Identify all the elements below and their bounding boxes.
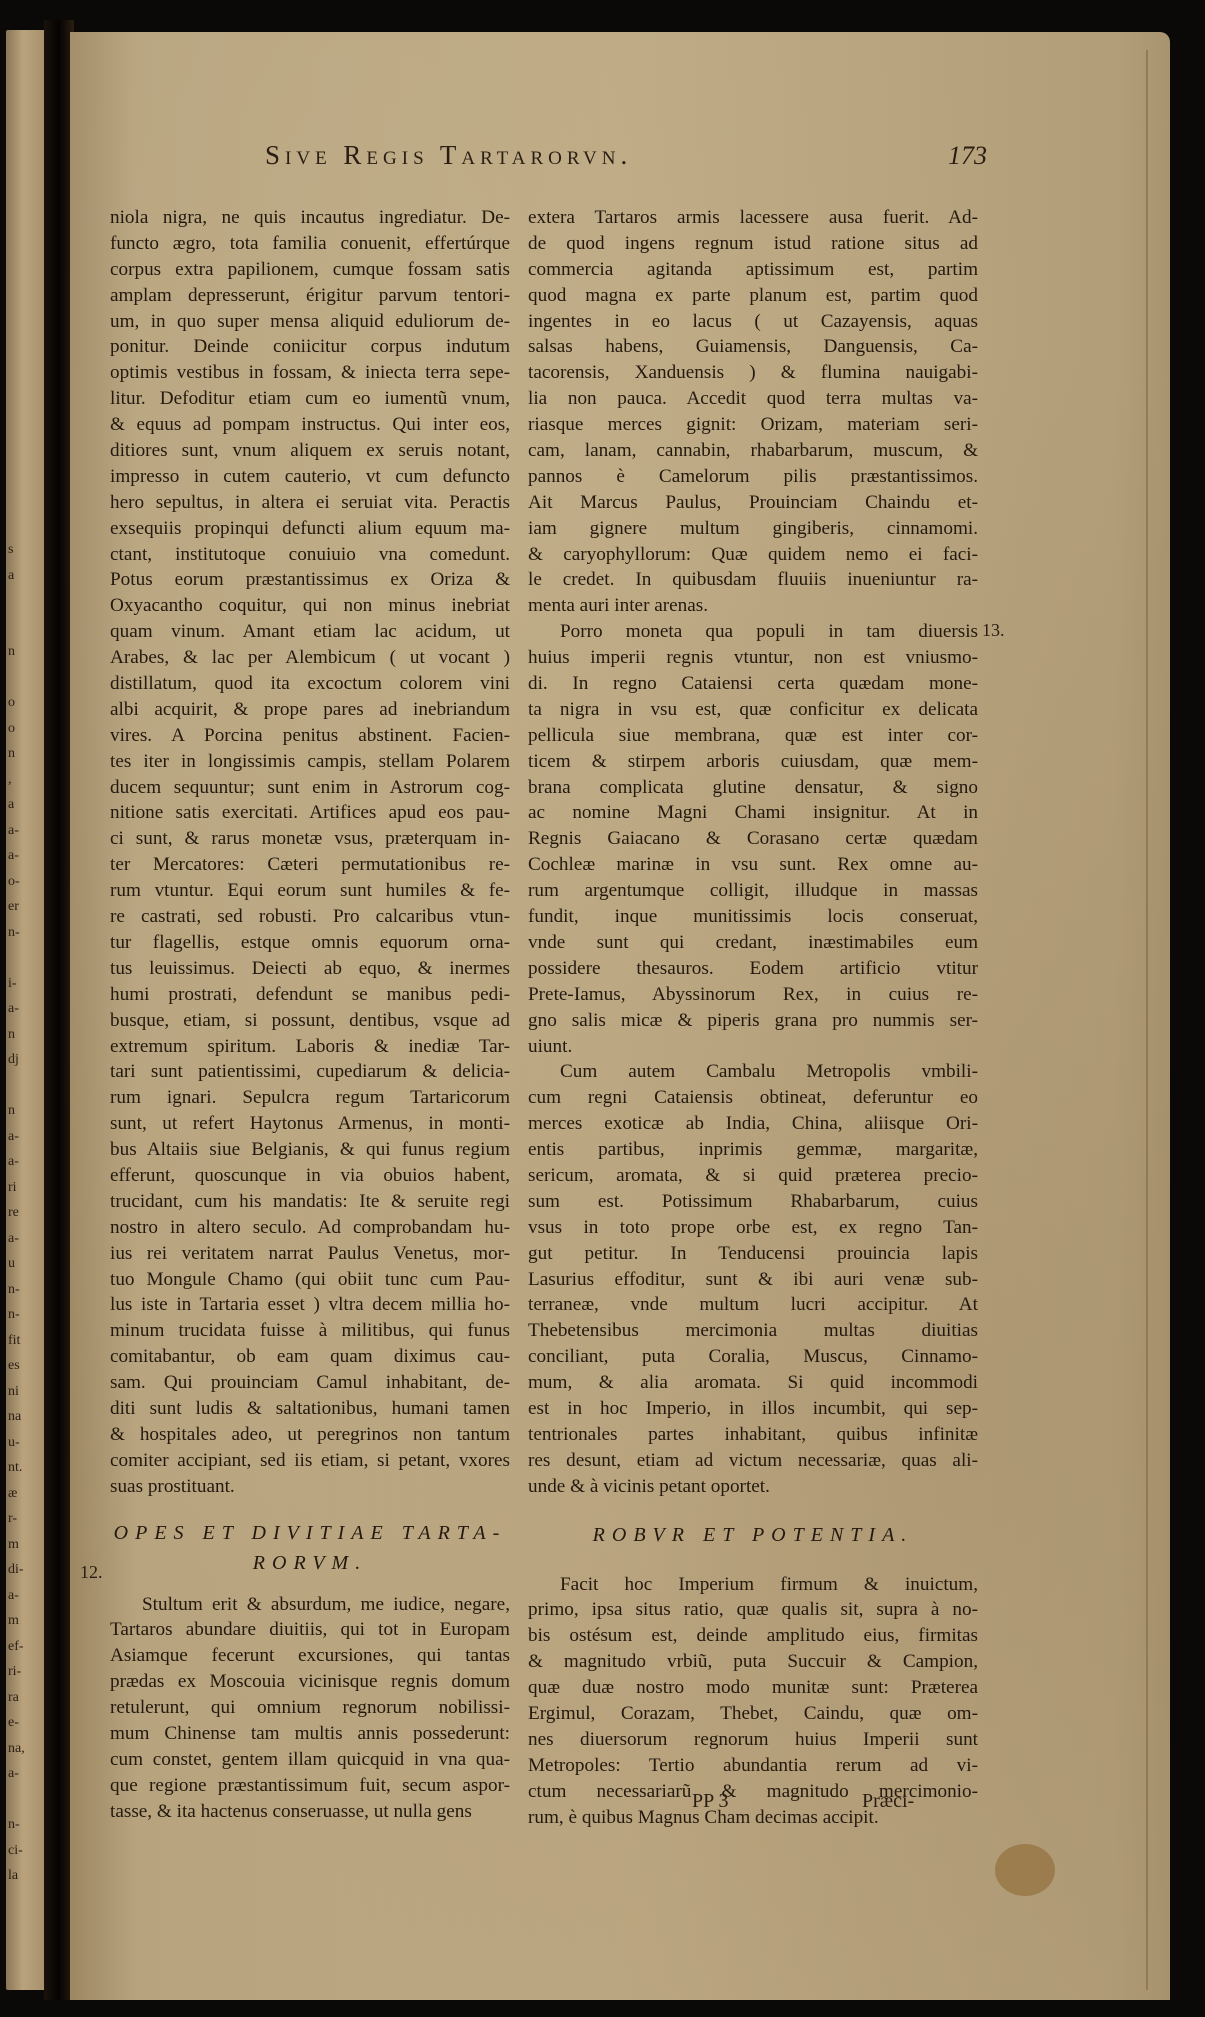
- text-line: entis partibus, inprimis gemmæ, margarit…: [528, 1137, 978, 1163]
- text-line: corpus extra papilionem, cumque fossam s…: [110, 257, 510, 283]
- fragment: [8, 384, 48, 410]
- text-line: Prete-Iamus, Abyssinorum Rex, in cuius r…: [528, 982, 978, 1008]
- text-line: conciliant, puta Coralia, Muscus, Cinnam…: [528, 1344, 978, 1370]
- text-line: bis ostésum est, deinde amplitudo eius, …: [528, 1623, 978, 1649]
- fragment: m: [8, 1608, 48, 1634]
- text-line: litur. Defoditur etiam cum eo iumentũ vn…: [110, 386, 510, 412]
- text-line: gut petitur. In Tenducensi prouincia lap…: [528, 1241, 978, 1267]
- text-line: mum, & alia aromata. Si quid incommodi: [528, 1370, 978, 1396]
- text-line: ditiores sunt, vnum aliquem ex seruis no…: [110, 438, 510, 464]
- fragment: a-: [8, 1226, 48, 1252]
- text-line: uiunt.: [528, 1034, 978, 1060]
- fragment: s: [8, 537, 48, 563]
- text-line: rum ignari. Sepulcra regum Tartaricorum: [110, 1085, 510, 1111]
- text-line: pellicula siue membrana, quæ est inter c…: [528, 723, 978, 749]
- fragment: o-: [8, 869, 48, 895]
- text-line: prædas ex Moscouia vicinisque regnis dom…: [110, 1669, 510, 1695]
- fragment: [8, 257, 48, 283]
- fragment: [8, 333, 48, 359]
- text-line: ponitur. Deinde coniicitur corpus indutu…: [110, 334, 510, 360]
- text-line: Ait Marcus Paulus, Prouinciam Chaindu et…: [528, 490, 978, 516]
- text-line: hero sepultus, in altera ei seruiat vita…: [110, 490, 510, 516]
- fragment: n: [8, 741, 48, 767]
- text-line: impresso in cutem cauterio, vt cum defun…: [110, 464, 510, 490]
- section-heading-opes: OPES ET DIVITIAE TARTA- RORVM.: [110, 1518, 510, 1578]
- section-heading-robur: ROBVR ET POTENTIA.: [528, 1520, 978, 1550]
- fragment: fit: [8, 1328, 48, 1354]
- text-line: ius rei veritatem narrat Paulus Venetus,…: [110, 1241, 510, 1267]
- fragment: u-: [8, 1430, 48, 1456]
- fragment: n: [8, 1022, 48, 1048]
- marginal-number-12: 12.: [80, 1562, 103, 1583]
- text-line: bus Altaiis siue Belgianis, & qui funus …: [110, 1137, 510, 1163]
- text-line: cam, lanam, cannabin, rhabarbarum, muscu…: [528, 438, 978, 464]
- text-line: cum regni Cataiensis obtineat, deferuntu…: [528, 1085, 978, 1111]
- text-line: Porro moneta qua populi in tam diuersis: [528, 619, 978, 645]
- page-edge: [1146, 50, 1148, 1990]
- text-line: di. In regno Cataiensi certa quædam mone…: [528, 671, 978, 697]
- text-line: & magnitudo vrbiũ, puta Succuir & Campio…: [528, 1649, 978, 1675]
- text-line: cum constet, gentem illam quicquid in vn…: [110, 1747, 510, 1773]
- fragment: [8, 359, 48, 385]
- running-head: Sive Regis Tartarorvn.: [265, 140, 632, 171]
- fragment: a-: [8, 1761, 48, 1787]
- fragment: n-: [8, 920, 48, 946]
- text-line: ticem & stirpem arboris cuiusdam, quæ me…: [528, 749, 978, 775]
- fragment: [8, 282, 48, 308]
- fragment: a-: [8, 996, 48, 1022]
- fragment: la: [8, 1863, 48, 1889]
- text-line: Ergimul, Corazam, Thebet, Caindu, quæ om…: [528, 1701, 978, 1727]
- fragment: [8, 231, 48, 257]
- fragment: n-: [8, 1277, 48, 1303]
- text-line: de quod ingens regnum istud ratione situ…: [528, 231, 978, 257]
- fragment: [8, 410, 48, 436]
- text-line: tur flagellis, estque omnis equorum orna…: [110, 930, 510, 956]
- heading-line-1: OPES ET DIVITIAE TARTA-: [110, 1518, 510, 1548]
- text-line: fundit, inque munitissimis locis conseru…: [528, 904, 978, 930]
- text-line: nes diuersorum regnorum huius Imperii su…: [528, 1727, 978, 1753]
- text-line: tes iter in longissimis campis, stellam …: [110, 749, 510, 775]
- left-column: niola nigra, ne quis incautus ingrediatu…: [110, 205, 510, 1825]
- text-line: ducem sequuntur; sunt enim in Astrorum c…: [110, 775, 510, 801]
- text-line: & equus ad pompam instructus. Qui inter …: [110, 412, 510, 438]
- left-column-paragraph-1: niola nigra, ne quis incautus ingrediatu…: [110, 205, 510, 1500]
- text-line: sam. Qui prouinciam Camul inhabitant, de…: [110, 1370, 510, 1396]
- fragment: r-: [8, 1506, 48, 1532]
- text-line: sum est. Potissimum Rhabarbarum, cuius: [528, 1189, 978, 1215]
- heading-line-2: RORVM.: [110, 1548, 510, 1578]
- text-line: trucidant, cum his mandatis: Ite & serui…: [110, 1189, 510, 1215]
- fragment: a-: [8, 818, 48, 844]
- text-line: primo, ipsa situs ratio, quæ qualis sit,…: [528, 1597, 978, 1623]
- fragment: dj: [8, 1047, 48, 1073]
- fragment: [8, 588, 48, 614]
- signature-mark: PP 3: [692, 1790, 729, 1813]
- fragment: i-: [8, 971, 48, 997]
- fragment: di-: [8, 1557, 48, 1583]
- text-line: ac nomine Magni Chami insignitur. At in: [528, 800, 978, 826]
- text-line: rum argentumque colligit, illudque in ma…: [528, 878, 978, 904]
- fragment: [8, 614, 48, 640]
- fragment: n-: [8, 1302, 48, 1328]
- text-line: ter Mercatores: Cæteri permutationibus r…: [110, 852, 510, 878]
- fragment: n: [8, 639, 48, 665]
- text-line: tari sunt patientissimi, cupediarum & de…: [110, 1059, 510, 1085]
- text-line: Potus eorum præstantissimus ex Oriza &: [110, 567, 510, 593]
- text-line: quæ duæ nostro modo munitæ sunt: Prætere…: [528, 1675, 978, 1701]
- text-line: mum Chinense tam multis annis possederun…: [110, 1721, 510, 1747]
- fragment: [8, 435, 48, 461]
- text-line: lus iste in Tartaria esset ) vltra decem…: [110, 1292, 510, 1318]
- text-line: Stultum erit & absurdum, me iudice, nega…: [110, 1592, 510, 1618]
- fragment: ra: [8, 1685, 48, 1711]
- text-line: Arabes, & lac per Alembicum ( ut vocant …: [110, 645, 510, 671]
- catchword: Præci-: [862, 1790, 914, 1813]
- text-line: ingentes in eo lacus ( ut Cazayensis, aq…: [528, 309, 978, 335]
- text-line: Facit hoc Imperium firmum & inuictum,: [528, 1572, 978, 1598]
- text-line: busque, etiam, si possunt, dentibus, vsq…: [110, 1008, 510, 1034]
- text-line: le credet. In quibusdam fluuiis inueniun…: [528, 567, 978, 593]
- text-line: nostro in altero seculo. Ad comprobandam…: [110, 1215, 510, 1241]
- fragment: a-: [8, 1583, 48, 1609]
- text-line: functo ægro, tota familia conuenit, effe…: [110, 231, 510, 257]
- right-column-paragraph-2: Porro moneta qua populi in tam diuersish…: [528, 619, 978, 1059]
- text-line: Thebetensibus mercimonia multas diuitias: [528, 1318, 978, 1344]
- text-line: Metropoles: Tertio abundantia rerum ad v…: [528, 1753, 978, 1779]
- fragment: [8, 180, 48, 206]
- fragment: [8, 945, 48, 971]
- fragment: es: [8, 1353, 48, 1379]
- fragment: a-: [8, 1124, 48, 1150]
- fragment: ,: [8, 767, 48, 793]
- text-line: retulerunt, qui omnium regnorum nobiliss…: [110, 1695, 510, 1721]
- fragment: [8, 512, 48, 538]
- fragment: m: [8, 1532, 48, 1558]
- text-line: unde & à vicinis petant oportet.: [528, 1474, 978, 1500]
- text-line: suas prostituant.: [110, 1474, 510, 1500]
- fragment: o: [8, 690, 48, 716]
- text-line: Regnis Gaiacano & Corasano certæ quædam: [528, 826, 978, 852]
- fragment: [8, 486, 48, 512]
- text-line: extremum spiritum. Laboris & inediæ Tar-: [110, 1034, 510, 1060]
- text-line: commercia agitanda aptissimum est, parti…: [528, 257, 978, 283]
- text-line: distillatum, quod ita excoctum colorem v…: [110, 671, 510, 697]
- text-line: lia non pauca. Accedit quod terra multas…: [528, 386, 978, 412]
- right-column: extera Tartaros armis lacessere ausa fue…: [528, 205, 978, 1830]
- text-line: iam gignere multum gingiberis, cinnamomi…: [528, 516, 978, 542]
- text-line: riasque merces gignit: Orizam, materiam …: [528, 412, 978, 438]
- text-line: merces exoticæ ab India, China, aliisque…: [528, 1111, 978, 1137]
- fragment: nt.: [8, 1455, 48, 1481]
- fragment: n-: [8, 1812, 48, 1838]
- text-line: vnde sunt qui credant, inæstimabiles eum: [528, 930, 978, 956]
- fragment: a: [8, 792, 48, 818]
- text-line: ci sunt, & rarus monetæ vsus, præterquam…: [110, 826, 510, 852]
- text-line: brana complicata glutine densatur, & sig…: [528, 775, 978, 801]
- fragment: o: [8, 716, 48, 742]
- text-line: um, in quo super mensa aliquid eduliorum…: [110, 309, 510, 335]
- text-line: humi prostrati, defendunt se manibus ped…: [110, 982, 510, 1008]
- text-line: efferunt, quoscunque in via obuios haben…: [110, 1163, 510, 1189]
- text-line: sericum, aromata, & si quid præterea pre…: [528, 1163, 978, 1189]
- text-line: optimis vestibus in fossam, & iniecta te…: [110, 360, 510, 386]
- text-line: tus leuissimus. Deiecti ab equo, & inerm…: [110, 956, 510, 982]
- text-line: ta nigra in vsu est, quæ conficitur ex d…: [528, 697, 978, 723]
- text-line: rum vtuntur. Equi eorum sunt humiles & f…: [110, 878, 510, 904]
- text-line: niola nigra, ne quis incautus ingrediatu…: [110, 205, 510, 231]
- fragment: re: [8, 1200, 48, 1226]
- text-line: quod magna ex parte planum est, partim q…: [528, 283, 978, 309]
- fragment: ci-: [8, 1838, 48, 1864]
- text-line: amplam depresserunt, érigitur parvum ten…: [110, 283, 510, 309]
- text-line: res desunt, etiam ad victum necessariæ, …: [528, 1448, 978, 1474]
- text-line: gno salis micæ & piperis grana pro nummi…: [528, 1008, 978, 1034]
- page-number: 173: [948, 141, 987, 171]
- fragment: e-: [8, 1710, 48, 1736]
- fragment: na,: [8, 1736, 48, 1762]
- water-stain: [995, 1844, 1055, 1896]
- fragment: [8, 206, 48, 232]
- text-line: sunt, ut refert Haytonus Armenus, in mon…: [110, 1111, 510, 1137]
- fragment: [8, 1073, 48, 1099]
- text-line: Cochleæ marinæ in vsu sunt. Rex omne au-: [528, 852, 978, 878]
- text-line: Cum autem Cambalu Metropolis vmbili-: [528, 1059, 978, 1085]
- adjacent-left-page: sanoon,aa-a-o-ern-i-a-ndjna-a-rirea-un-n…: [6, 30, 48, 1990]
- text-line: exsequiis propinqui defuncti alium equum…: [110, 516, 510, 542]
- text-line: menta auri inter arenas.: [528, 593, 978, 619]
- text-line: vsus in toto prope orbe est, ex regno Ta…: [528, 1215, 978, 1241]
- text-line: tentrionales partes inhabitant, quibus i…: [528, 1422, 978, 1448]
- text-line: tuo Mongule Chamo (qui obiit tunc cum Pa…: [110, 1267, 510, 1293]
- left-page-text-fragments: sanoon,aa-a-o-ern-i-a-ndjna-a-rirea-un-n…: [8, 30, 48, 1889]
- fragment: æ: [8, 1481, 48, 1507]
- text-line: extera Tartaros armis lacessere ausa fue…: [528, 205, 978, 231]
- text-line: & caryophyllorum: Quæ quidem nemo ei fac…: [528, 542, 978, 568]
- fragment: ef-: [8, 1634, 48, 1660]
- text-line: Asiamque fecerunt excursiones, qui tanta…: [110, 1643, 510, 1669]
- fragment: u: [8, 1251, 48, 1277]
- right-column-paragraph-3: Cum autem Cambalu Metropolis vmbili-cum …: [528, 1059, 978, 1499]
- fragment: a: [8, 563, 48, 589]
- text-line: quam vinum. Amant etiam lac acidum, ut: [110, 619, 510, 645]
- text-line: terraneæ, vnde multum lucri accipitur. A…: [528, 1292, 978, 1318]
- fragment: a-: [8, 843, 48, 869]
- text-line: est in hoc Imperio, in illos incumbit, q…: [528, 1396, 978, 1422]
- fragment: ri: [8, 1175, 48, 1201]
- text-line: Oxyacantho coquitur, qui non minus inebr…: [110, 593, 510, 619]
- text-line: Tartaros abundare diuitiis, qui tot in E…: [110, 1617, 510, 1643]
- text-line: vires. A Porcina penitus abstinent. Faci…: [110, 723, 510, 749]
- fragment: ri-: [8, 1659, 48, 1685]
- fragment: [8, 1787, 48, 1813]
- text-line: Lasurius effoditur, sunt & ibi auri venæ…: [528, 1267, 978, 1293]
- text-line: pannos è Camelorum pilis præstantissimos…: [528, 464, 978, 490]
- text-line: tasse, & ita hactenus conseruasse, ut nu…: [110, 1799, 510, 1825]
- text-line: huius imperii regnis vtuntur, non est vn…: [528, 645, 978, 671]
- text-line: re castrati, sed robusti. Pro calcaribus…: [110, 904, 510, 930]
- text-line: comiter accipiant, sed iis etiam, si pet…: [110, 1448, 510, 1474]
- fragment: er: [8, 894, 48, 920]
- text-line: possidere thesauros. Eodem artificio vti…: [528, 956, 978, 982]
- fragment: a-: [8, 1149, 48, 1175]
- fragment: ni: [8, 1379, 48, 1405]
- text-line: minum trucidata fuisse à militibus, qui …: [110, 1318, 510, 1344]
- text-line: comitabantur, ob eam quam diximus cau-: [110, 1344, 510, 1370]
- marginal-number-13: 13.: [982, 620, 1005, 641]
- text-line: & hospitales adeo, ut peregrinos non tan…: [110, 1422, 510, 1448]
- text-line: que regione præstantissimum fuit, secum …: [110, 1773, 510, 1799]
- text-line: diti sunt ludis & saltationibus, humani …: [110, 1396, 510, 1422]
- text-line: ctant, institutoque conuiuio vna comedun…: [110, 542, 510, 568]
- text-line: salsas habens, Guiamensis, Danguensis, C…: [528, 334, 978, 360]
- text-line: nitione satis exercitati. Artifices apud…: [110, 800, 510, 826]
- fragment: n: [8, 1098, 48, 1124]
- fragment: [8, 308, 48, 334]
- fragment: [8, 461, 48, 487]
- fragment: [8, 665, 48, 691]
- text-line: tacorensis, Xanduensis ) & flumina nauig…: [528, 360, 978, 386]
- left-column-paragraph-2: Stultum erit & absurdum, me iudice, nega…: [110, 1592, 510, 1825]
- right-column-paragraph-1: extera Tartaros armis lacessere ausa fue…: [528, 205, 978, 619]
- text-line: albi acquirit, & prope pares ad inebrian…: [110, 697, 510, 723]
- fragment: na: [8, 1404, 48, 1430]
